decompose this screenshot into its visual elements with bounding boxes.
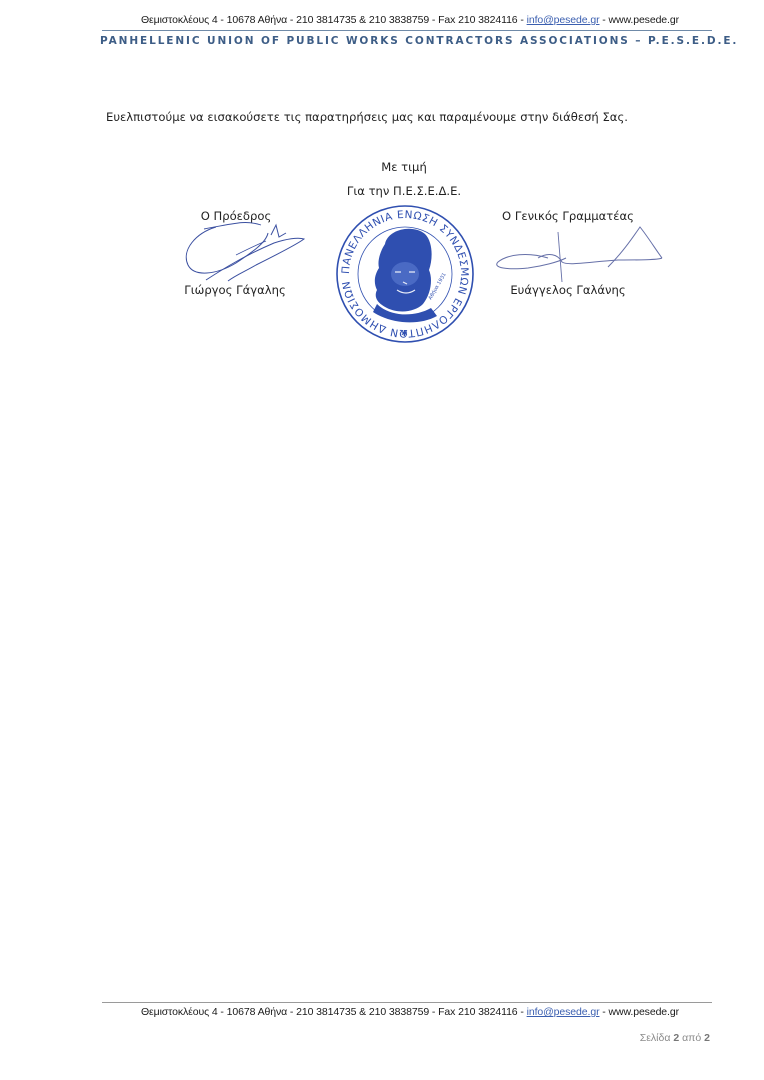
secretary-name: Ευάγγελος Γαλάνης (498, 283, 638, 297)
header-email-link[interactable]: info@pesede.gr (527, 14, 600, 26)
page-of: από (679, 1032, 704, 1044)
on-behalf-line: Για την Π.Ε.Σ.Ε.Δ.Ε. (0, 184, 764, 198)
footer-divider (102, 1002, 712, 1003)
header-website: - www.pesede.gr (599, 14, 679, 26)
seal-star-icon: ✱ (401, 329, 408, 338)
organization-seal-icon: ΠΑΝΕΛΛΗΝΙΑ ΕΝΩΣΗ ΣΥΝΔΕΣΜΩΝ ΕΡΓΟΛΗΠΤΩΝ ΔΗ… (333, 204, 477, 344)
footer-contact-line: Θεμιστοκλέους 4 - 10678 Αθήνα - 210 3814… (100, 1006, 720, 1018)
header-address: Θεμιστοκλέους 4 - 10678 Αθήνα - 210 3814… (141, 14, 527, 26)
organization-title: PANHELLENIC UNION OF PUBLIC WORKS CONTRA… (100, 35, 720, 47)
president-signature-icon (176, 215, 316, 285)
page-number: Σελίδα 2 από 2 (640, 1032, 710, 1044)
secretary-signature-icon (488, 222, 668, 282)
header-contact-line: Θεμιστοκλέους 4 - 10678 Αθήνα - 210 3814… (100, 14, 720, 26)
president-name: Γιώργος Γάγαλης (170, 283, 300, 297)
closing-paragraph: Ευελπιστούμε να εισακούσετε τις παρατηρή… (106, 110, 628, 124)
salutation: Με τιμή (0, 160, 764, 174)
footer-email-link[interactable]: info@pesede.gr (527, 1006, 600, 1018)
secretary-role: Ο Γενικός Γραμματέας (498, 209, 638, 223)
page-label: Σελίδα (640, 1032, 674, 1044)
page-total: 2 (704, 1032, 710, 1044)
header-divider (102, 30, 712, 31)
footer-address: Θεμιστοκλέους 4 - 10678 Αθήνα - 210 3814… (141, 1006, 527, 1018)
footer-website: - www.pesede.gr (599, 1006, 679, 1018)
